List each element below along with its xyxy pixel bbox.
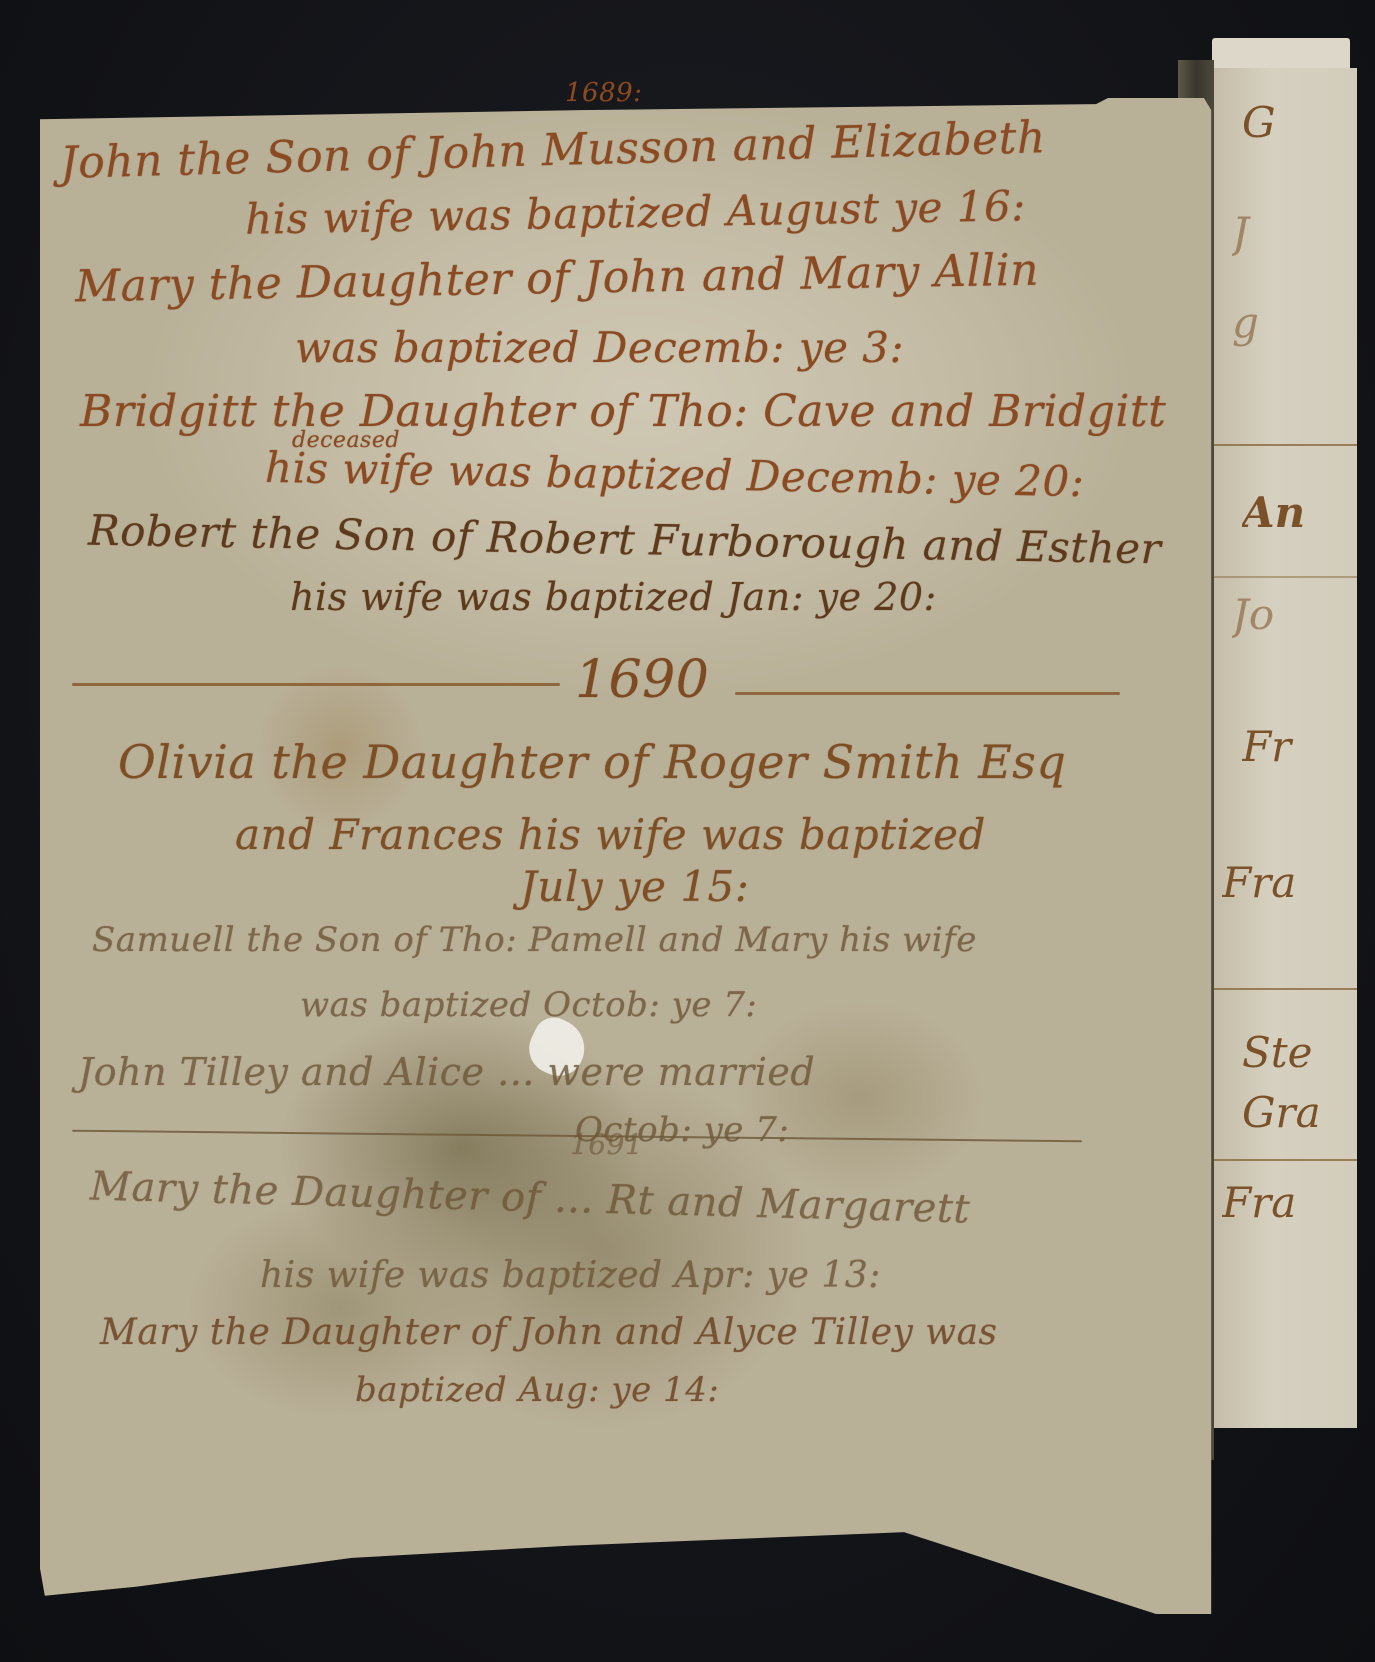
entry-line: and Frances his wife was baptized	[235, 810, 986, 859]
right-fragment: Fra	[1222, 1178, 1342, 1227]
entry-line: John Tilley and Alice ... were married	[78, 1050, 815, 1094]
entry-line: July ye 15:	[520, 862, 749, 911]
entry-line: baptized Aug: ye 14:	[355, 1370, 719, 1410]
year-heading-1689: 1689:	[565, 78, 642, 108]
year-heading-1691: 1691	[570, 1128, 643, 1161]
entry-line: was baptized Decemb: ye 3:	[295, 323, 904, 372]
entry-line: Mary the Daughter of John and Alyce Till…	[100, 1312, 998, 1353]
right-page-rule	[1212, 988, 1357, 990]
right-fragment: An	[1242, 488, 1362, 537]
right-fragment: Gra	[1242, 1088, 1362, 1137]
year-divider-rule	[735, 692, 1120, 695]
right-page-rule	[1212, 576, 1357, 578]
right-fragment: Ste	[1242, 1028, 1362, 1077]
entry-line: his wife was baptized Jan: ye 20:	[290, 575, 937, 619]
right-fragment: J	[1232, 208, 1352, 257]
entry-line: Olivia the Daughter of Roger Smith Esq	[118, 735, 1066, 789]
right-leaf-top-edge	[1212, 38, 1350, 68]
year-divider-rule	[72, 683, 560, 686]
right-page-rule	[1212, 444, 1357, 446]
entry-line: Bridgitt the Daughter of Tho: Cave and B…	[80, 386, 1166, 437]
entry-line: was baptized Octob: ye 7:	[300, 985, 757, 1025]
right-page-rule	[1212, 1159, 1357, 1161]
right-fragment: Fr	[1242, 722, 1362, 771]
entry-line: Samuell the Son of Tho: Pamell and Mary …	[92, 920, 977, 960]
right-fragment: g	[1232, 298, 1352, 347]
right-fragment: Fra	[1222, 858, 1342, 907]
entry-line: his wife was baptized Apr: ye 13:	[260, 1255, 881, 1296]
right-page-leaf: G J g An Jo Fr Fra Ste Gra Fra	[1212, 68, 1357, 1428]
year-heading-1690: 1690	[575, 650, 709, 710]
right-fragment: Jo	[1232, 590, 1352, 639]
right-fragment: G	[1242, 98, 1362, 147]
